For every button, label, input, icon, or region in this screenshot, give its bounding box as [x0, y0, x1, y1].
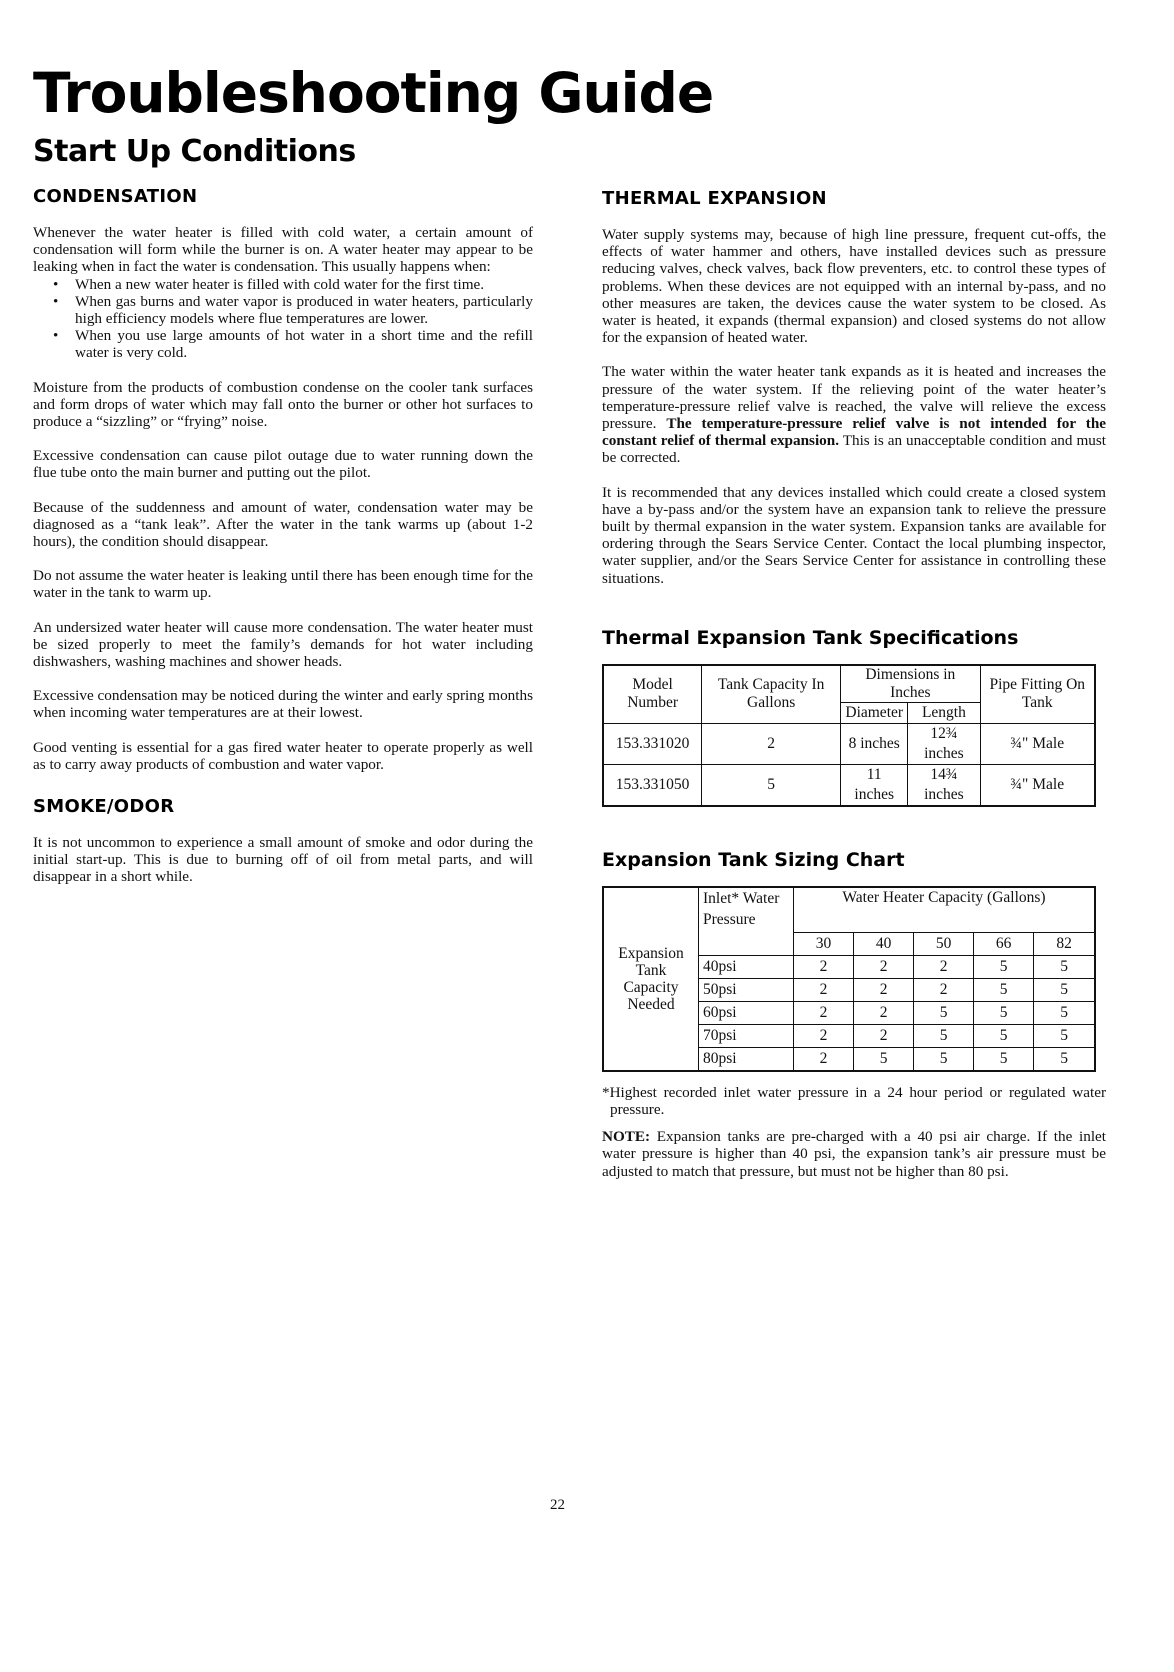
pressure-cell: 80psi	[699, 1047, 794, 1071]
condensation-heading: CONDENSATION	[33, 188, 533, 206]
condensation-paragraph: Because of the suddenness and amount of …	[33, 499, 533, 551]
condensation-paragraph: Do not assume the water heater is leakin…	[33, 567, 533, 601]
value-cell: 2	[914, 978, 974, 1001]
note-label: NOTE:	[602, 1128, 650, 1145]
cell-diameter: 11 inches	[841, 764, 908, 806]
note-text: Expansion tanks are pre-charged with a 4…	[602, 1128, 1106, 1179]
pressure-cell: 40psi	[699, 955, 794, 978]
condensation-intro: Whenever the water heater is filled with…	[33, 224, 533, 276]
value-cell: 5	[974, 978, 1034, 1001]
value-cell: 5	[914, 1024, 974, 1047]
header-model: Model Number	[603, 665, 702, 724]
expansion-note: NOTE: Expansion tanks are pre-charged wi…	[602, 1128, 1106, 1180]
cell-capacity: 5	[702, 764, 841, 806]
spec-table-section: Thermal Expansion Tank Specifications Mo…	[602, 629, 1106, 807]
cell-fitting: ¾" Male	[980, 723, 1095, 764]
cell-diameter: 8 inches	[841, 723, 908, 764]
list-item: When you use large amounts of hot water …	[75, 327, 533, 361]
header-length: Length	[908, 702, 980, 723]
spec-table-title: Thermal Expansion Tank Specifications	[602, 629, 1106, 648]
header-capacity: Tank Capacity In Gallons	[702, 665, 841, 724]
value-cell: 5	[1034, 978, 1095, 1001]
value-cell: 2	[794, 1024, 854, 1047]
smoke-odor-heading: SMOKE/ODOR	[33, 798, 533, 816]
sizing-footnote: *Highest recorded inlet water pressure i…	[602, 1084, 1106, 1118]
header-pressure: Inlet* Water Pressure	[699, 887, 794, 956]
list-item: When a new water heater is filled with c…	[75, 276, 533, 293]
sizing-chart-title: Expansion Tank Sizing Chart	[602, 851, 1106, 870]
list-item: When gas burns and water vapor is produc…	[75, 293, 533, 327]
thermal-expansion-section: THERMAL EXPANSION Water supply systems m…	[602, 190, 1106, 587]
cell-capacity: 2	[702, 723, 841, 764]
table-header-row: Expansion Tank Capacity Needed Inlet* Wa…	[603, 887, 1095, 933]
smoke-odor-section: SMOKE/ODOR It is not uncommon to experie…	[33, 798, 533, 886]
thermal-expansion-heading: THERMAL EXPANSION	[602, 190, 1106, 208]
table-row: 153.331050 5 11 inches 14¾ inches ¾" Mal…	[603, 764, 1095, 806]
condensation-bullet-list: When a new water heater is filled with c…	[33, 276, 533, 362]
spec-table: Model Number Tank Capacity In Gallons Di…	[602, 664, 1096, 807]
page-number: 22	[550, 1497, 565, 1514]
value-cell: 5	[914, 1001, 974, 1024]
capacity-col: 50	[914, 932, 974, 955]
pressure-cell: 50psi	[699, 978, 794, 1001]
table-header-row: Model Number Tank Capacity In Gallons Di…	[603, 665, 1095, 703]
value-cell: 5	[974, 1024, 1034, 1047]
capacity-col: 40	[854, 932, 914, 955]
condensation-paragraph: Good venting is essential for a gas fire…	[33, 739, 533, 773]
side-label: Expansion Tank Capacity Needed	[603, 887, 699, 1071]
value-cell: 2	[854, 1024, 914, 1047]
condensation-section: CONDENSATION Whenever the water heater i…	[33, 188, 533, 773]
value-cell: 2	[914, 955, 974, 978]
value-cell: 5	[1034, 1001, 1095, 1024]
value-cell: 5	[1034, 1047, 1095, 1071]
value-cell: 2	[794, 955, 854, 978]
table-row: 153.331020 2 8 inches 12¾ inches ¾" Male	[603, 723, 1095, 764]
value-cell: 5	[974, 1001, 1034, 1024]
condensation-paragraph: Moisture from the products of combustion…	[33, 379, 533, 431]
cell-length: 14¾ inches	[908, 764, 980, 806]
value-cell: 5	[914, 1047, 974, 1071]
right-column: THERMAL EXPANSION Water supply systems m…	[602, 188, 1106, 1180]
condensation-paragraph: Excessive condensation can cause pilot o…	[33, 447, 533, 481]
capacity-col: 82	[1034, 932, 1095, 955]
value-cell: 2	[854, 1001, 914, 1024]
value-cell: 2	[854, 978, 914, 1001]
page-title: Troubleshooting Guide	[33, 66, 713, 121]
pressure-cell: 70psi	[699, 1024, 794, 1047]
value-cell: 2	[794, 1047, 854, 1071]
cell-model: 153.331050	[603, 764, 702, 806]
thermal-expansion-paragraph-3: It is recommended that any devices insta…	[602, 484, 1106, 587]
capacity-col: 30	[794, 932, 854, 955]
condensation-paragraph: An undersized water heater will cause mo…	[33, 619, 533, 671]
value-cell: 5	[854, 1047, 914, 1071]
thermal-expansion-paragraph-1: Water supply systems may, because of hig…	[602, 226, 1106, 346]
header-dimensions: Dimensions in Inches	[841, 665, 980, 703]
value-cell: 5	[974, 955, 1034, 978]
cell-model: 153.331020	[603, 723, 702, 764]
sizing-chart-section: Expansion Tank Sizing Chart Expansion Ta…	[602, 851, 1106, 1180]
value-cell: 5	[974, 1047, 1034, 1071]
value-cell: 2	[794, 1001, 854, 1024]
thermal-expansion-paragraph-2: The water within the water heater tank e…	[602, 363, 1106, 466]
value-cell: 2	[854, 955, 914, 978]
value-cell: 2	[794, 978, 854, 1001]
capacity-col: 66	[974, 932, 1034, 955]
header-capacity: Water Heater Capacity (Gallons)	[794, 887, 1096, 933]
value-cell: 5	[1034, 955, 1095, 978]
header-fitting: Pipe Fitting On Tank	[980, 665, 1095, 724]
cell-fitting: ¾" Male	[980, 764, 1095, 806]
condensation-paragraph: Excessive condensation may be noticed du…	[33, 687, 533, 721]
left-column: CONDENSATION Whenever the water heater i…	[33, 188, 533, 903]
header-diameter: Diameter	[841, 702, 908, 723]
smoke-odor-text: It is not uncommon to experience a small…	[33, 834, 533, 886]
cell-length: 12¾ inches	[908, 723, 980, 764]
value-cell: 5	[1034, 1024, 1095, 1047]
page-subtitle: Start Up Conditions	[33, 137, 356, 167]
pressure-cell: 60psi	[699, 1001, 794, 1024]
sizing-chart-table: Expansion Tank Capacity Needed Inlet* Wa…	[602, 886, 1096, 1072]
